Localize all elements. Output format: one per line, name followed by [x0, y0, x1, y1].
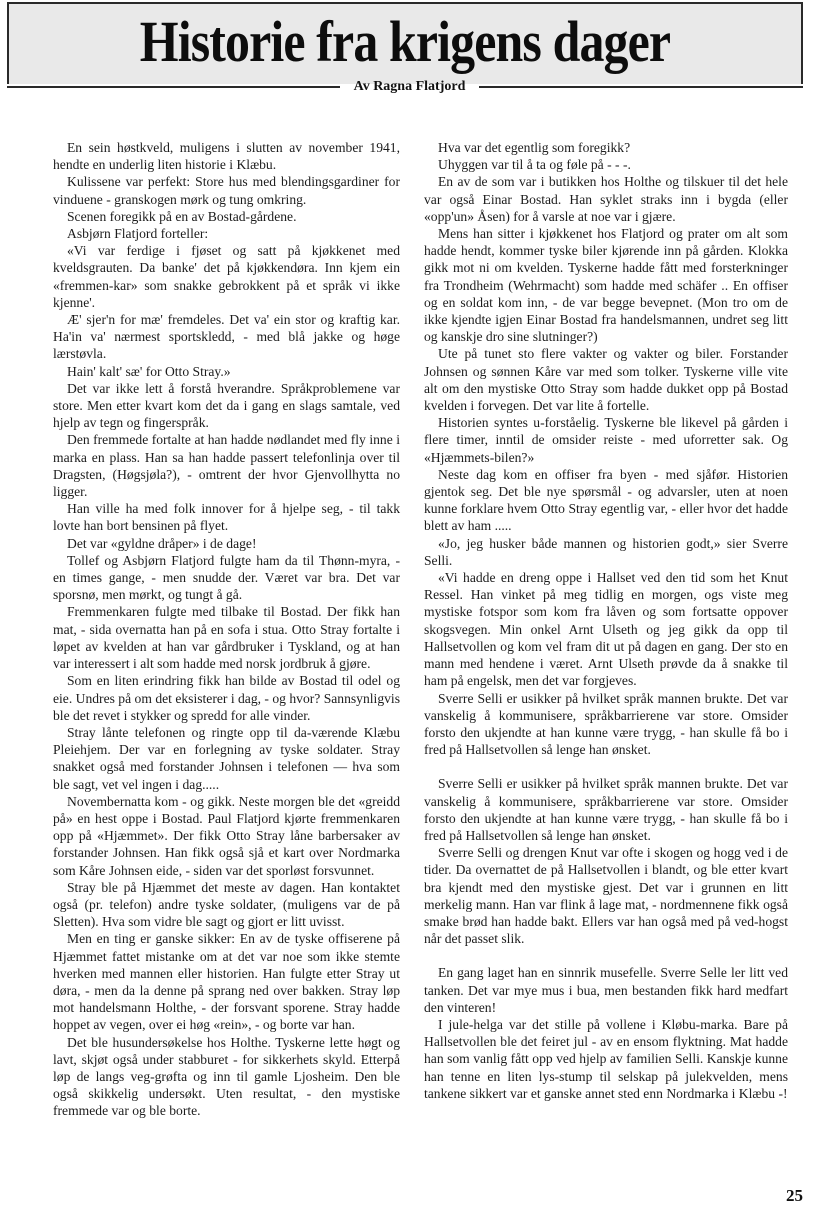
- paragraph: Sverre Selli er usikker på hvilket språk…: [424, 690, 788, 759]
- paragraph: Det var ikke lett å forstå hverandre. Sp…: [53, 380, 400, 432]
- paragraph: «Vi hadde en dreng oppe i Hallset ved de…: [424, 569, 788, 689]
- byline-rule-right: [479, 86, 803, 88]
- paragraph: Hain' kalt' sæ' for Otto Stray.»: [53, 363, 400, 380]
- paragraph: «Vi var ferdige i fjøset og satt på kjøk…: [53, 242, 400, 311]
- byline-rule-left: [7, 86, 340, 88]
- paragraph: Ute på tunet sto flere vakter og vakter …: [424, 345, 788, 414]
- title-banner: Historie fra krigens dager: [7, 2, 803, 84]
- paragraph: En gang laget han en sinnrik musefelle. …: [424, 964, 788, 1016]
- paragraph: Hva var det egentlig som foregikk?: [424, 139, 788, 156]
- paragraph: Som en liten erindring fikk han bilde av…: [53, 672, 400, 724]
- paragraph: Novembernatta kom - og gikk. Neste morge…: [53, 793, 400, 879]
- paragraph: Neste dag kom en offiser fra byen - med …: [424, 466, 788, 535]
- paragraph: Tollef og Asbjørn Flatjord fulgte ham da…: [53, 552, 400, 604]
- paragraph: I jule-helga var det stille på vollene i…: [424, 1016, 788, 1102]
- paragraph: Men en ting er ganske sikker: En av de t…: [53, 930, 400, 1033]
- paragraph: Æ' sjer'n for mæ' fremdeles. Det va' ein…: [53, 311, 400, 363]
- paragraph: Det ble husundersøkelse hos Holthe. Tysk…: [53, 1034, 400, 1120]
- paragraph: Fremmenkaren fulgte med tilbake til Bost…: [53, 603, 400, 672]
- paragraph: Sverre Selli og drengen Knut var ofte i …: [424, 844, 788, 947]
- paragraph: Asbjørn Flatjord forteller:: [53, 225, 400, 242]
- paragraph: Sverre Selli er usikker på hvilket språk…: [424, 775, 788, 844]
- paragraph: Han ville ha med folk innover for å hjel…: [53, 500, 400, 534]
- paragraph: En sein høstkveld, muligens i slutten av…: [53, 139, 400, 173]
- paragraph: «Jo, jeg husker både mannen og historien…: [424, 535, 788, 569]
- article-column-right: Hva var det egentlig som foregikk? Uhygg…: [424, 139, 788, 1102]
- byline-row: Av Ragna Flatjord: [7, 78, 803, 96]
- paragraph: En av de som var i butikken hos Holthe o…: [424, 173, 788, 225]
- article-column-left: En sein høstkveld, muligens i slutten av…: [53, 139, 400, 1120]
- article-title: Historie fra krigens dager: [64, 10, 745, 74]
- paragraph: Uhyggen var til å ta og føle på - - -.: [424, 156, 788, 173]
- paragraph: Det var «gyldne dråper» i de dage!: [53, 535, 400, 552]
- paragraph: Stray lånte telefonen og ringte opp til …: [53, 724, 400, 793]
- paragraph: Mens han sitter i kjøkkenet hos Flatjord…: [424, 225, 788, 345]
- paragraph: Den fremmede fortalte at han hadde nødla…: [53, 431, 400, 500]
- paragraph: Historien syntes u-forståelig. Tyskerne …: [424, 414, 788, 466]
- paragraph: Kulissene var perfekt: Store hus med ble…: [53, 173, 400, 207]
- byline: Av Ragna Flatjord: [340, 78, 479, 96]
- paragraph: Scenen foregikk på en av Bostad-gårdene.: [53, 208, 400, 225]
- paragraph: Stray ble på Hjæmmet det meste av dagen.…: [53, 879, 400, 931]
- page-number: 25: [786, 1186, 803, 1206]
